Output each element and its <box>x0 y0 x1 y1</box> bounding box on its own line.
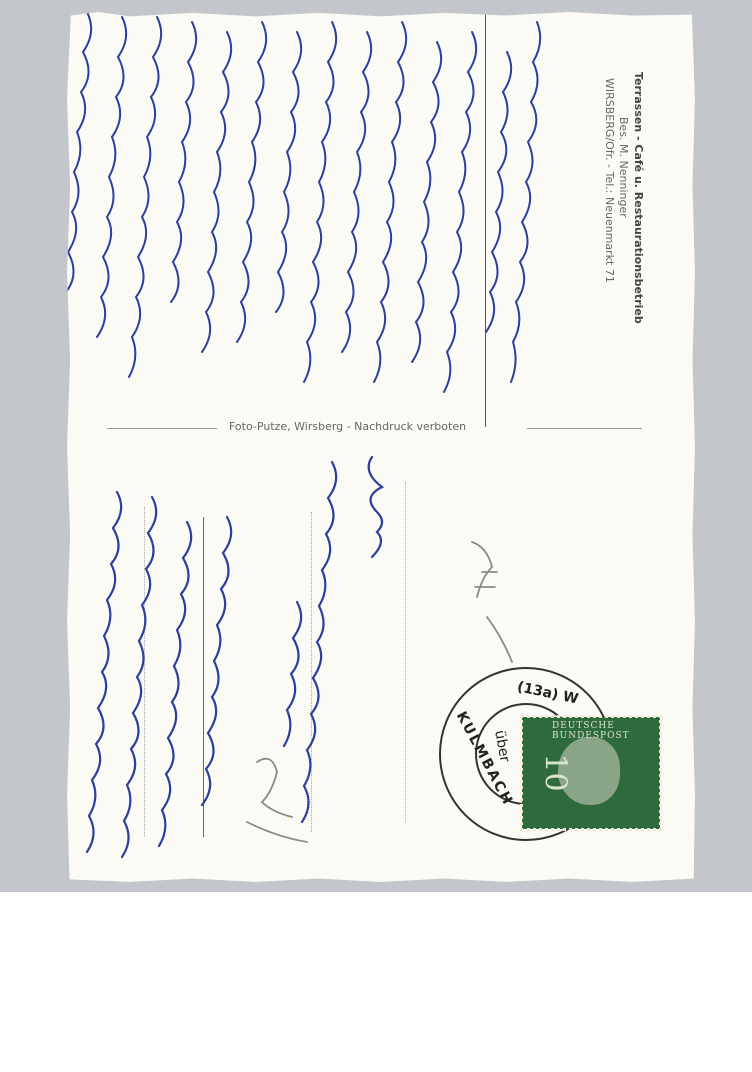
postage-stamp: 10 DEUTSCHE BUNDESPOST <box>522 717 660 829</box>
stamp-issuer: DEUTSCHE BUNDESPOST <box>552 721 660 741</box>
stamp-value: 10 <box>538 753 573 791</box>
postcard: Terrassen - Café u. Restaurationsbetrieb… <box>67 12 695 882</box>
